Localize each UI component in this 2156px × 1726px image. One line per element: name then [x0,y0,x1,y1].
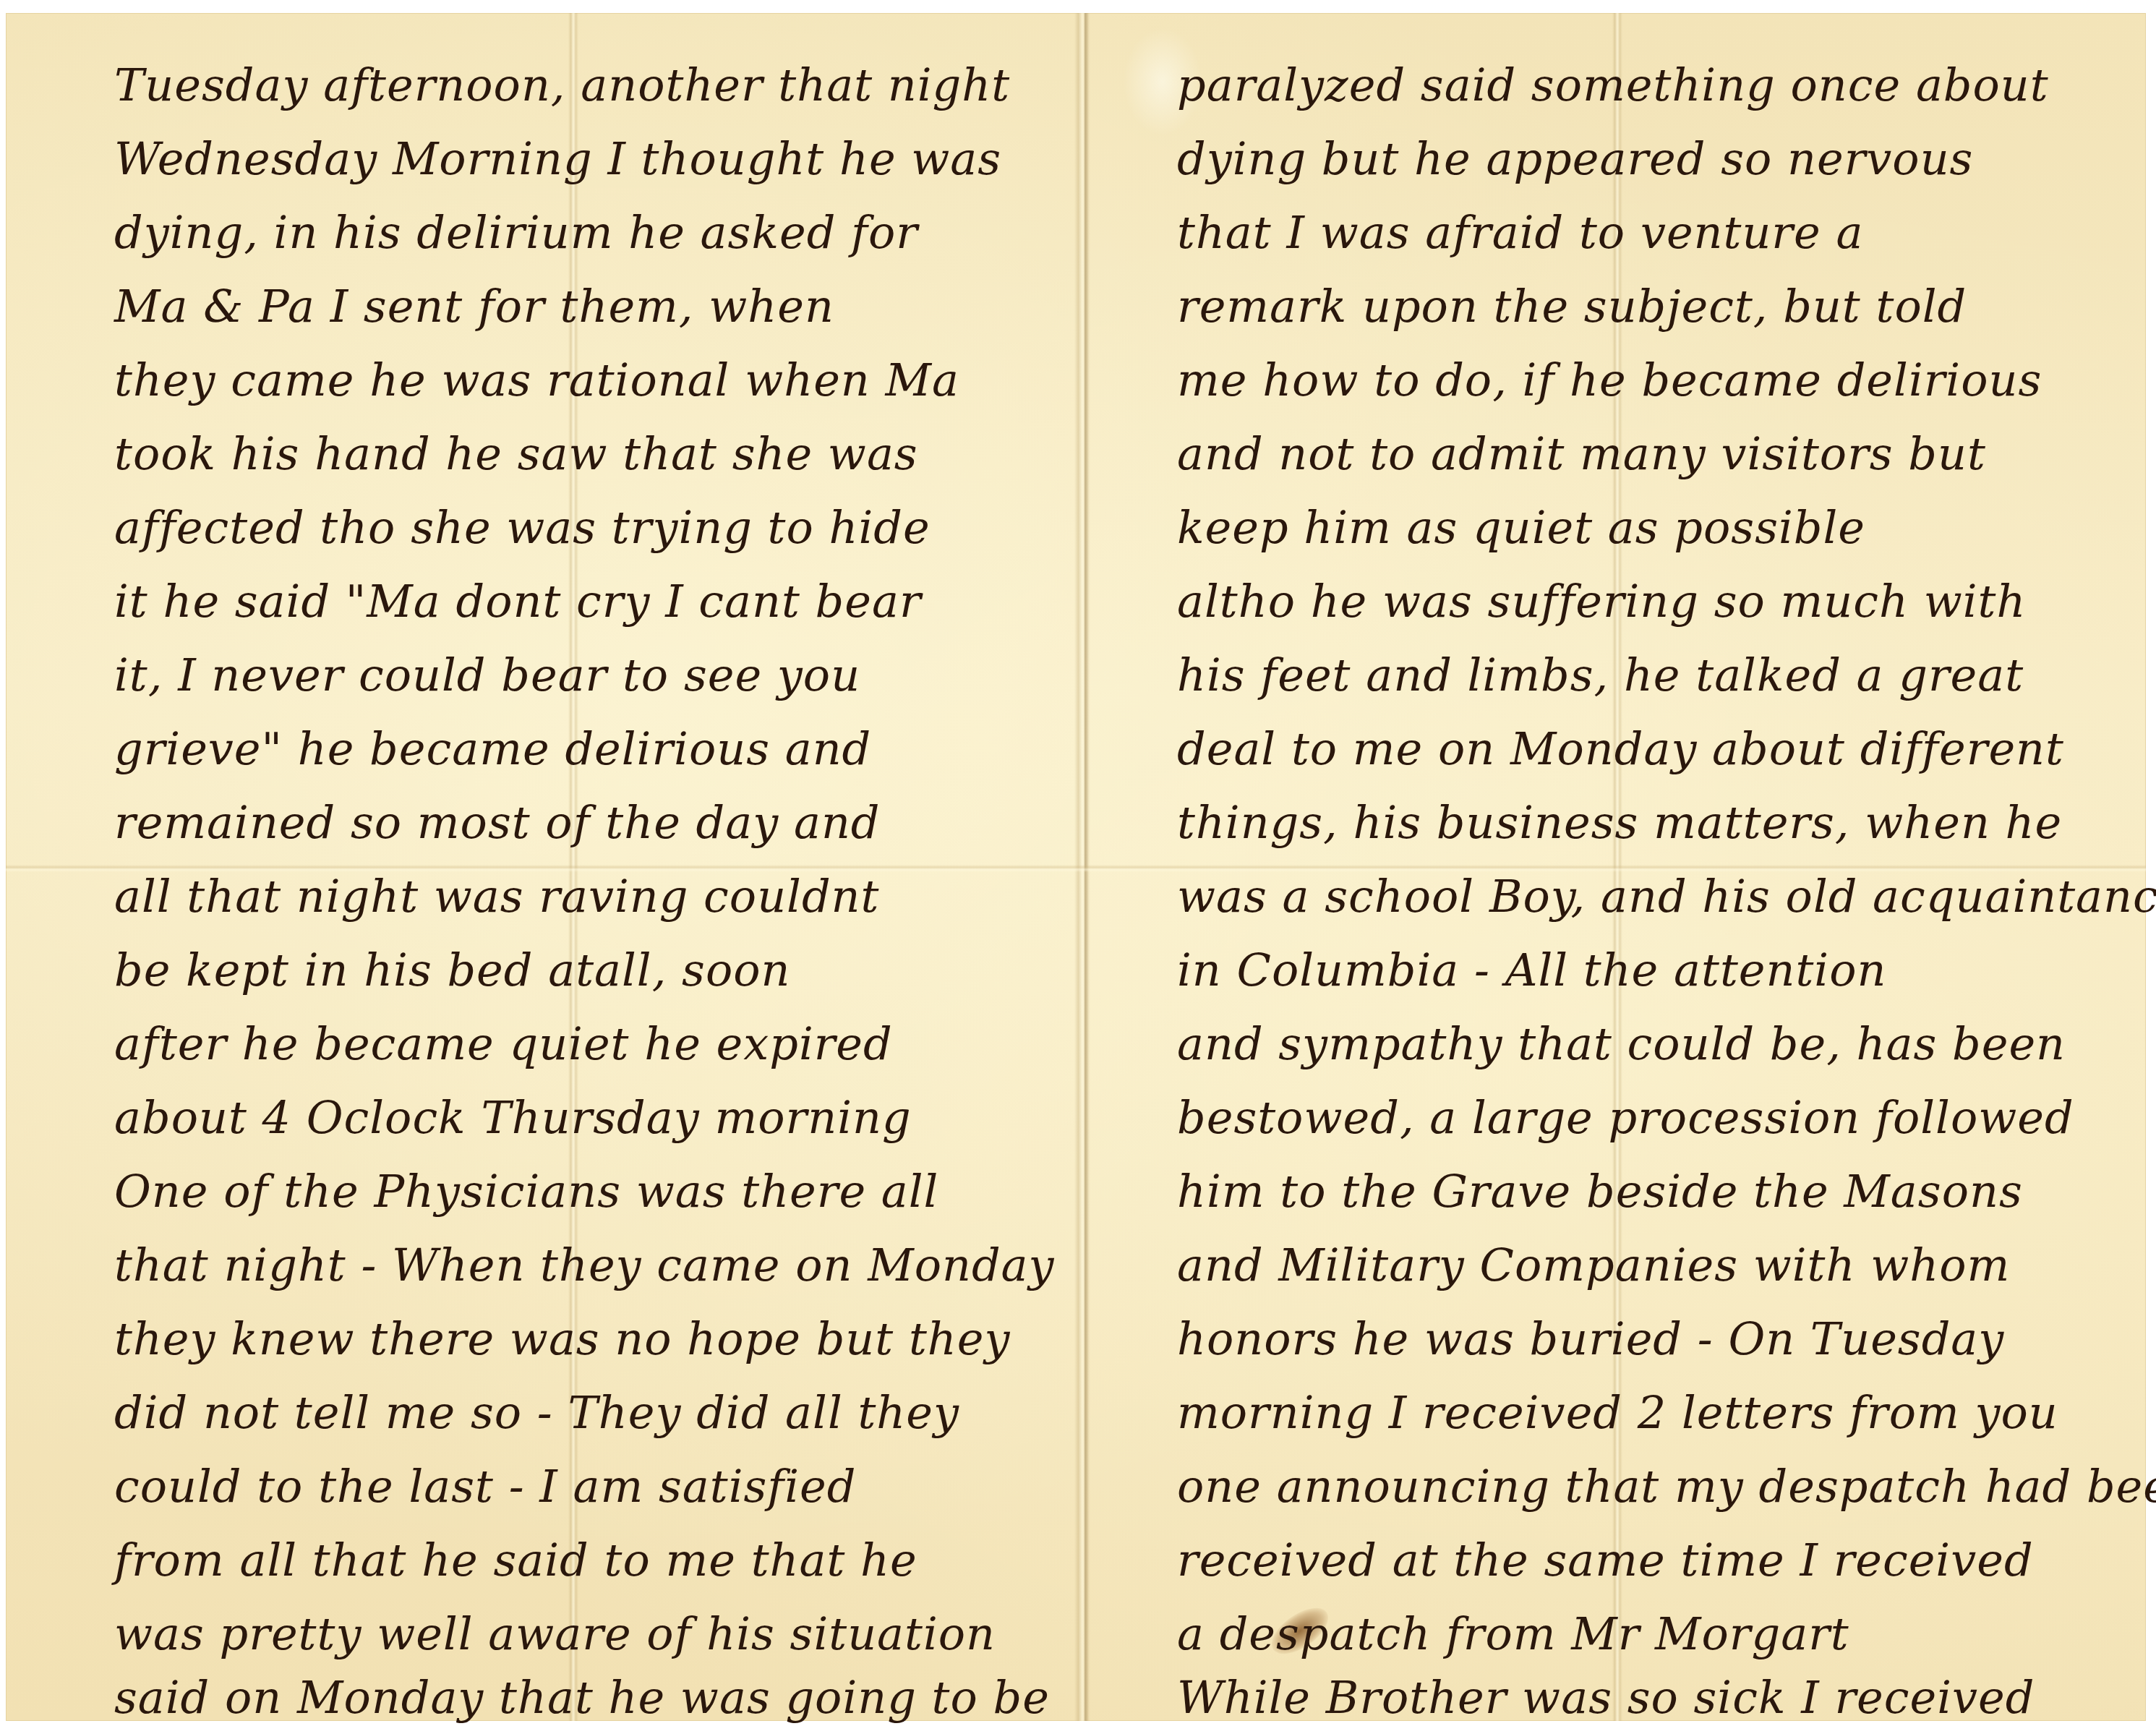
left-line: it he said "Ma dont cry I cant bear [114,573,922,631]
left-line: about 4 Oclock Thursday morning [114,1089,912,1147]
right-line: altho he was suffering so much with [1177,573,2026,631]
right-line: received at the same time I received [1177,1531,2034,1589]
left-line: took his hand he saw that she was [114,425,918,483]
right-line: and Military Companies with whom [1177,1236,2010,1294]
right-line: bestowed, a large procession followed [1177,1089,2074,1147]
left-line: all that night was raving couldnt [114,868,879,926]
letter-sheet: Tuesday afternoon, another that night We… [6,13,2146,1721]
left-line: after he became quiet he expired [114,1015,893,1073]
left-line: affected tho she was trying to hide [114,499,931,557]
left-line: Wednesday Morning I thought he was [114,130,1001,188]
left-line: it, I never could bear to see you [114,646,860,704]
left-line: that night - When they came on Monday [114,1236,1055,1294]
left-line: they came he was rational when Ma [114,351,959,409]
right-line: honors he was buried - On Tuesday [1177,1310,2004,1368]
right-line: remark upon the subject, but told [1177,278,1967,336]
left-line: said on Monday that he was going to be [114,1669,1050,1726]
right-line: me how to do, if he became delirious [1177,351,2042,409]
right-line: deal to me on Monday about different [1177,720,2064,778]
right-line: his feet and limbs, he talked a great [1177,646,2024,704]
right-line: morning I received 2 letters from you [1177,1384,2058,1442]
right-line: a despatch from Mr Morgart [1177,1605,1849,1663]
right-line: and sympathy that could be, has been [1177,1015,2066,1073]
right-line: one announcing that my despatch had been [1177,1458,2156,1516]
right-line: was a school Boy, and his old acquaintan… [1177,868,2156,926]
right-line: While Brother was so sick I received [1177,1669,2035,1726]
right-line: dying but he appeared so nervous [1177,130,1973,188]
left-line: dying, in his delirium he asked for [114,204,918,262]
left-line: did not tell me so - They did all they [114,1384,959,1442]
left-line: remained so most of the day and [114,794,881,852]
left-line: One of the Physicians was there all [114,1163,938,1221]
left-line: Tuesday afternoon, another that night [114,56,1010,114]
left-line: could to the last - I am satisfied [114,1458,856,1516]
right-line: keep him as quiet as possible [1177,499,1865,557]
left-line: grieve" he became delirious and [114,720,871,778]
right-line: things, his business matters, when he [1177,794,2062,852]
left-line: be kept in his bed atall, soon [114,941,791,999]
right-line: in Columbia - All the attention [1177,941,1886,999]
right-line: that I was afraid to venture a [1177,204,1863,262]
right-line: and not to admit many visitors but [1177,425,1986,483]
right-line: paralyzed said something once about [1177,56,2049,114]
left-line: from all that he said to me that he [114,1531,917,1589]
left-line: they knew there was no hope but they [114,1310,1011,1368]
left-line: Ma & Pa I sent for them, when [114,278,834,336]
left-line: was pretty well aware of his situation [114,1605,996,1663]
right-line: him to the Grave beside the Masons [1177,1163,2023,1221]
